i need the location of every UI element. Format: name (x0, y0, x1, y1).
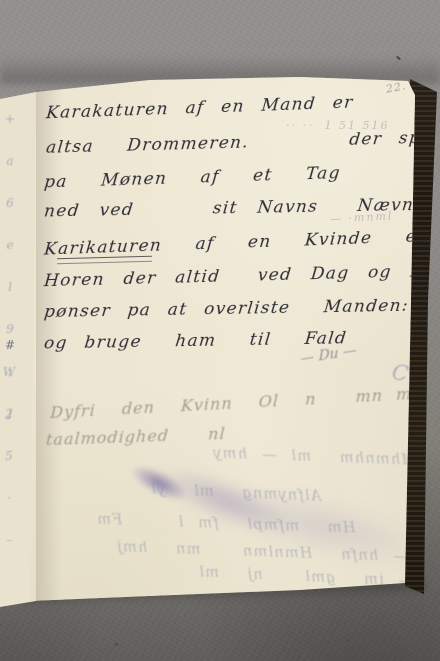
handwritten-line-8: og bruge ham til Fald (43, 329, 348, 353)
faint-offset-mark-2: — ·mnml (330, 210, 394, 225)
pencil-line-1: Dyfri den Kvinn Ol n mn mmj (50, 384, 435, 422)
handwritten-line-6: Horen der altid ved Dag og Nat (43, 262, 440, 291)
faint-offset-mark-1: ·· ·‧ 1 51 516 (286, 120, 389, 132)
mirror-offset-line-1: Mhmnhm ml — hmy (212, 446, 417, 469)
pencil-line-2: taalmodighed nl (45, 425, 226, 449)
handwritten-line-3: pa Mønen af et Tag og falder (43, 158, 440, 192)
notebook-photo: + a 6 e l 9 ; j # W 2 5 · – 22. Karakatu… (0, 0, 440, 661)
left-margin-writing-upper: + a 6 e l 9 ; j (3, 112, 17, 342)
faint-c-mark: C (390, 361, 410, 387)
page-content: 22. Karakaturen af en Mand er altsa Drom… (0, 0, 440, 661)
handwritten-line-5: Karikaturen af en Kvinde er (43, 227, 427, 259)
underline-stroke (57, 256, 152, 264)
page-number: 22. (385, 80, 407, 95)
left-margin-mark: # (5, 339, 15, 352)
handwritten-line-7: pønser pa at overliste Manden: (43, 297, 410, 322)
felt-speck-2 (115, 643, 118, 646)
left-margin-writing-lower: W 2 5 · – (2, 365, 16, 575)
